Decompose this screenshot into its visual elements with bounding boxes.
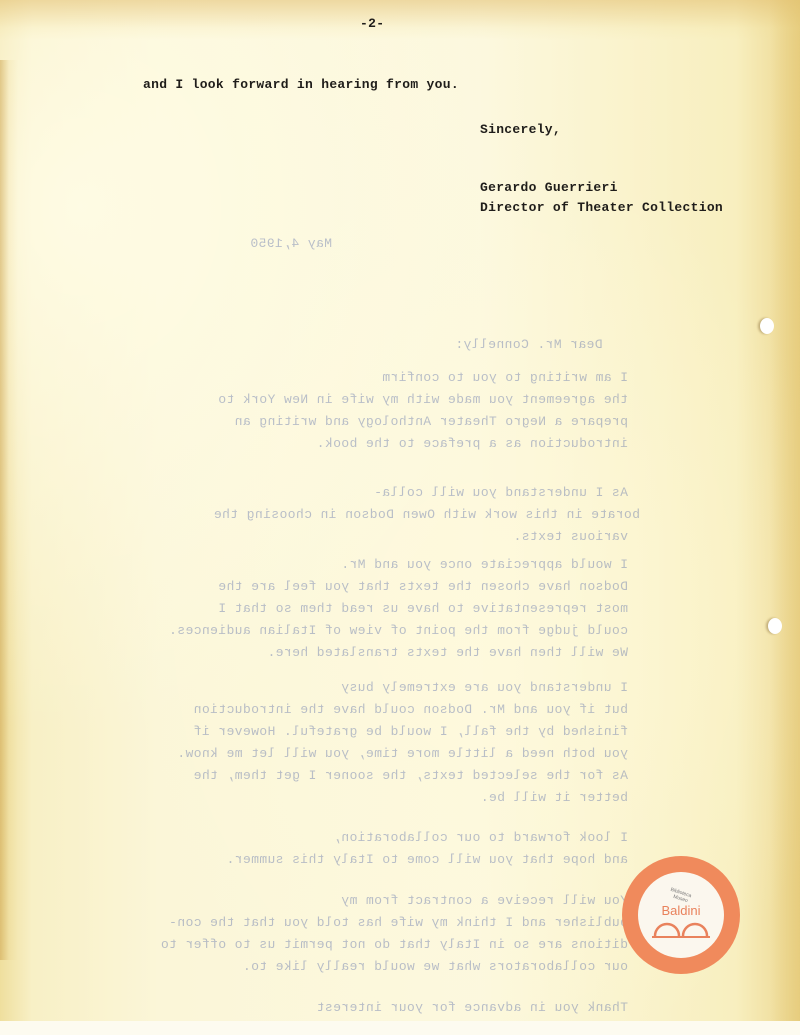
bleed-line: I look forward to our collaboration, bbox=[358, 830, 628, 845]
punch-hole bbox=[760, 318, 774, 334]
page-number: -2- bbox=[360, 16, 384, 31]
scanned-letter-page: May 4,1950 Dear Mr. Connelly: I am writi… bbox=[0, 0, 800, 1035]
open-book-icon bbox=[651, 918, 711, 940]
bleed-line: I would appreciate once you and Mr. bbox=[358, 557, 628, 572]
bleed-line: most representative to have us read them… bbox=[158, 601, 628, 616]
top-stain bbox=[0, 0, 800, 40]
bleed-line: you both need a little more time, you wi… bbox=[138, 746, 628, 761]
bleed-line: I understand you are extremely busy bbox=[358, 680, 628, 695]
bleed-line: but if you and Mr. Dodson could have the… bbox=[158, 702, 628, 717]
bleed-line: We will then have the texts translated h… bbox=[158, 645, 628, 660]
bleed-line: and hope that you will come to Italy thi… bbox=[158, 852, 628, 867]
right-edge-shadow bbox=[770, 0, 800, 1035]
bleed-line: I am writing to you to confirm bbox=[358, 370, 628, 385]
bleed-line: prepare a Negro Theater Anthology and wr… bbox=[158, 414, 628, 429]
bleed-line: As for the selected texts, the sooner I … bbox=[158, 768, 628, 783]
bleed-line: introduction as a preface to the book. bbox=[158, 436, 628, 451]
bleed-line: Dodson have chosen the texts that you fe… bbox=[158, 579, 628, 594]
bleed-line: As I understand you will colla- bbox=[358, 485, 628, 500]
bleed-line: better it will be. bbox=[158, 790, 628, 805]
bleed-line: various texts. bbox=[158, 529, 628, 544]
bleed-greeting: Dear Mr. Connelly: bbox=[455, 337, 603, 352]
bleed-date: May 4,1950 bbox=[250, 236, 332, 251]
bleed-line: Thank you in advance for your interest bbox=[358, 1000, 628, 1015]
stamp-name: Baldini bbox=[661, 904, 700, 918]
bleed-line: publisher and I think my wife has told y… bbox=[108, 915, 628, 930]
complimentary-close: Sincerely, bbox=[480, 122, 561, 137]
baldini-library-stamp: Biblioteca Museo Baldini bbox=[622, 856, 740, 974]
left-crease bbox=[0, 60, 18, 960]
bleed-line: the agreement you made with my wife in N… bbox=[158, 392, 628, 407]
bleed-line: borate in this work with Owen Dodson in … bbox=[170, 507, 640, 522]
bleed-line: could judge from the point of view of It… bbox=[128, 623, 628, 638]
punch-hole bbox=[768, 618, 782, 634]
bleed-line: You will receive a contract from my bbox=[358, 893, 628, 908]
bleed-line: our collaborators what we would really l… bbox=[158, 959, 628, 974]
bleed-line: ditions are so in Italy that do not perm… bbox=[88, 937, 628, 952]
bleed-line: finished by the fall, I would be gratefu… bbox=[158, 724, 628, 739]
scan-bottom-edge bbox=[0, 1021, 800, 1035]
closing-line: and I look forward in hearing from you. bbox=[143, 77, 459, 92]
signer-name: Gerardo Guerrieri bbox=[480, 180, 618, 195]
signer-title: Director of Theater Collection bbox=[480, 200, 723, 215]
